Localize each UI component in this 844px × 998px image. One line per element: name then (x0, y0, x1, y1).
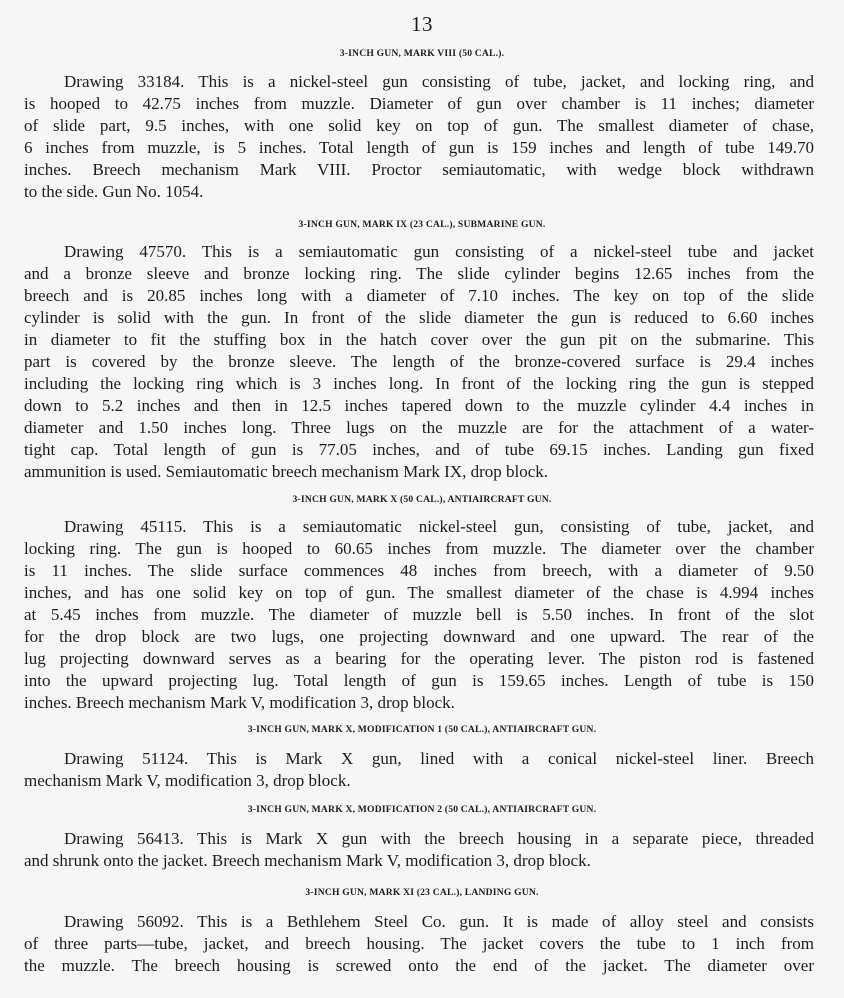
body-line: part is covered by the bronze sleeve. Th… (24, 351, 814, 373)
body-line: inches, and has one solid key on top of … (24, 582, 814, 604)
section-heading-mark-xi: 3-INCH GUN, MARK XI (23 CAL.), LANDING G… (0, 887, 844, 898)
body-line: the muzzle. The breech housing is screwe… (24, 955, 814, 977)
body-line: tight cap. Total length of gun is 77.05 … (24, 439, 814, 461)
page-number: 13 (0, 12, 844, 37)
body-line: ammunition is used. Semiautomatic breech… (24, 461, 814, 483)
body-line: into the upward projecting lug. Total le… (24, 670, 814, 692)
body-line: mechanism Mark V, modification 3, drop b… (24, 770, 814, 792)
body-line: to the side. Gun No. 1054. (24, 181, 814, 203)
body-line: in diameter to fit the stuffing box in t… (24, 329, 814, 351)
body-line: inches. Breech mechanism Mark VIII. Proc… (24, 159, 814, 181)
body-line: diameter and 1.50 inches long. Three lug… (24, 417, 814, 439)
body-line: Drawing 51124. This is Mark X gun, lined… (64, 748, 814, 770)
body-line: at 5.45 inches from muzzle. The diameter… (24, 604, 814, 626)
body-line: of three parts—tube, jacket, and breech … (24, 933, 814, 955)
body-line: Drawing 33184. This is a nickel-steel gu… (64, 71, 814, 93)
body-line: inches. Breech mechanism Mark V, modific… (24, 692, 814, 714)
body-line: locking ring. The gun is hooped to 60.65… (24, 538, 814, 560)
body-line: lug projecting downward serves as a bear… (24, 648, 814, 670)
body-line: is 11 inches. The slide surface commence… (24, 560, 814, 582)
body-line: for the drop block are two lugs, one pro… (24, 626, 814, 648)
body-line: Drawing 47570. This is a semiautomatic g… (64, 241, 814, 263)
body-line: Drawing 45115. This is a semiautomatic n… (64, 516, 814, 538)
body-line: cylinder is solid with the gun. In front… (24, 307, 814, 329)
section-heading-mark-viii: 3-INCH GUN, MARK VIII (50 CAL.). (0, 48, 844, 59)
body-line: and a bronze sleeve and bronze locking r… (24, 263, 814, 285)
body-line: including the locking ring which is 3 in… (24, 373, 814, 395)
body-line: and shrunk onto the jacket. Breech mecha… (24, 850, 814, 872)
body-line: breech and is 20.85 inches long with a d… (24, 285, 814, 307)
section-heading-mark-ix: 3-INCH GUN, MARK IX (23 CAL.), SUBMARINE… (0, 219, 844, 230)
body-line: Drawing 56413. This is Mark X gun with t… (64, 828, 814, 850)
section-heading-mark-x-mod-1: 3-INCH GUN, MARK X, MODIFICATION 1 (50 C… (0, 724, 844, 735)
body-line: 6 inches from muzzle, is 5 inches. Total… (24, 137, 814, 159)
body-line: down to 5.2 inches and then in 12.5 inch… (24, 395, 814, 417)
body-line: of slide part, 9.5 inches, with one soli… (24, 115, 814, 137)
body-line: is hooped to 42.75 inches from muzzle. D… (24, 93, 814, 115)
section-heading-mark-x-mod-2: 3-INCH GUN, MARK X, MODIFICATION 2 (50 C… (0, 804, 844, 815)
body-line: Drawing 56092. This is a Bethlehem Steel… (64, 911, 814, 933)
section-heading-mark-x: 3-INCH GUN, MARK X (50 CAL.), ANTIAIRCRA… (0, 494, 844, 505)
